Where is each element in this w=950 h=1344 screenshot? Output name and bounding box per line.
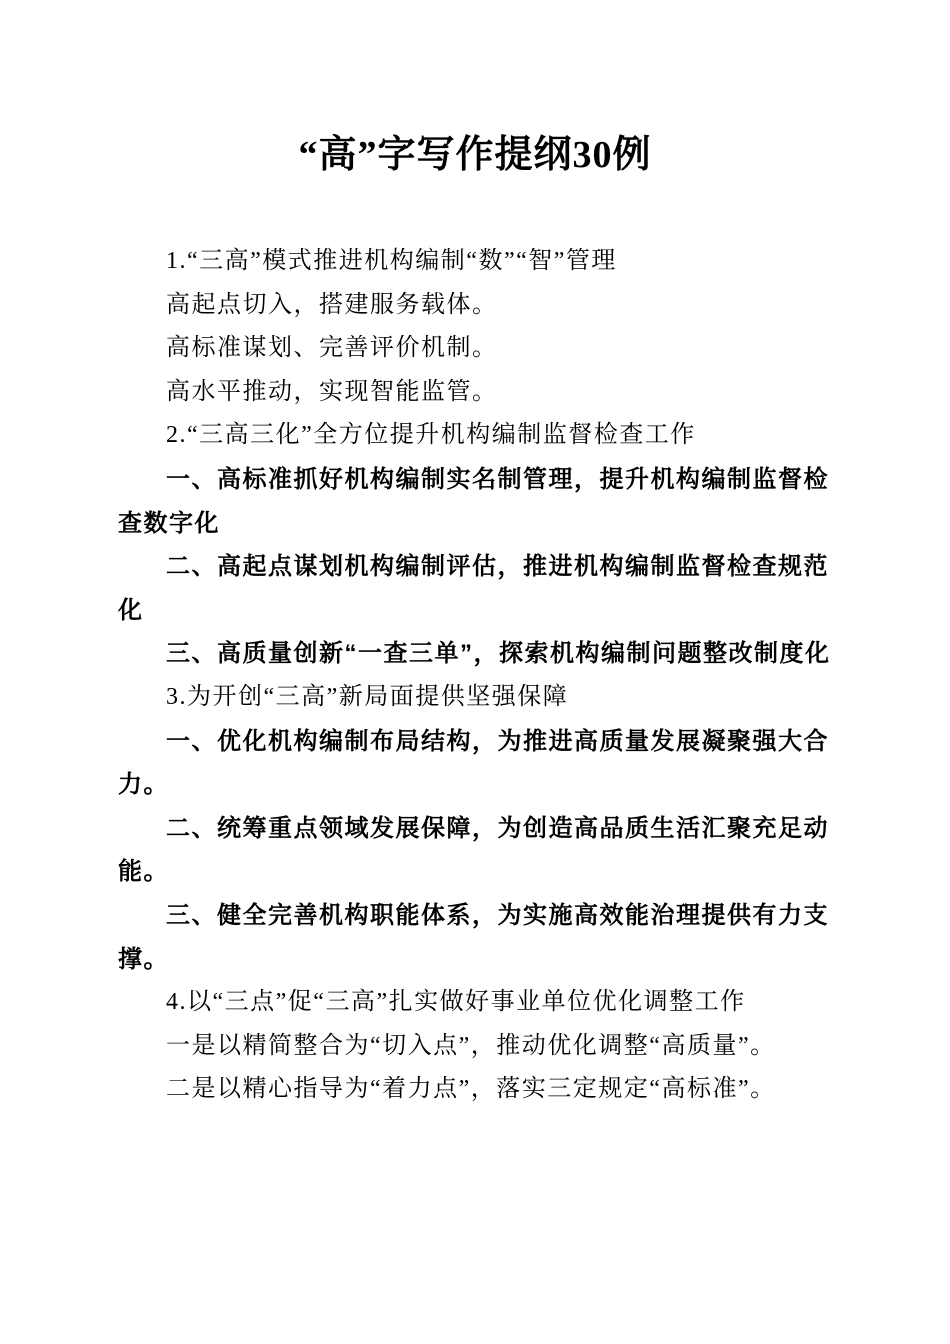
outline-4-heading: 4.以“三点”促“三高”扎实做好事业单位优化调整工作: [118, 981, 832, 1025]
outline-3-point-3: 三、健全完善机构职能体系，为实施高效能治理提供有力支撑。: [118, 894, 832, 981]
outline-3-point-2: 二、统筹重点领域发展保障，为创造高品质生活汇聚充足动能。: [118, 807, 832, 894]
document-page: “高”字写作提纲30例 1.“三高”模式推进机构编制“数”“智”管理 高起点切入…: [0, 0, 950, 1344]
outline-1-heading: 1.“三高”模式推进机构编制“数”“智”管理: [118, 240, 832, 284]
outline-2-heading: 2.“三高三化”全方位提升机构编制监督检查工作: [118, 414, 832, 458]
outline-1-point-1: 高起点切入，搭建服务载体。: [118, 284, 832, 328]
page-title: “高”字写作提纲30例: [0, 0, 950, 178]
outline-3-point-1: 一、优化机构编制布局结构，为推进高质量发展凝聚强大合力。: [118, 720, 832, 807]
outline-1-point-2: 高标准谋划、完善评价机制。: [118, 327, 832, 371]
outline-2-point-3: 三、高质量创新“一查三单”，探索机构编制问题整改制度化: [118, 632, 832, 676]
outline-2-point-2: 二、高起点谋划机构编制评估，推进机构编制监督检查规范化: [118, 545, 832, 632]
document-body: 1.“三高”模式推进机构编制“数”“智”管理 高起点切入，搭建服务载体。 高标准…: [0, 240, 950, 1112]
outline-2-point-1: 一、高标准抓好机构编制实名制管理，提升机构编制监督检查数字化: [118, 458, 832, 545]
outline-4-point-2: 二是以精心指导为“着力点”，落实三定规定“高标准”。: [118, 1068, 832, 1112]
outline-4-point-1: 一是以精简整合为“切入点”，推动优化调整“高质量”。: [118, 1025, 832, 1069]
outline-3-heading: 3.为开创“三高”新局面提供坚强保障: [118, 676, 832, 720]
outline-1-point-3: 高水平推动，实现智能监管。: [118, 371, 832, 415]
